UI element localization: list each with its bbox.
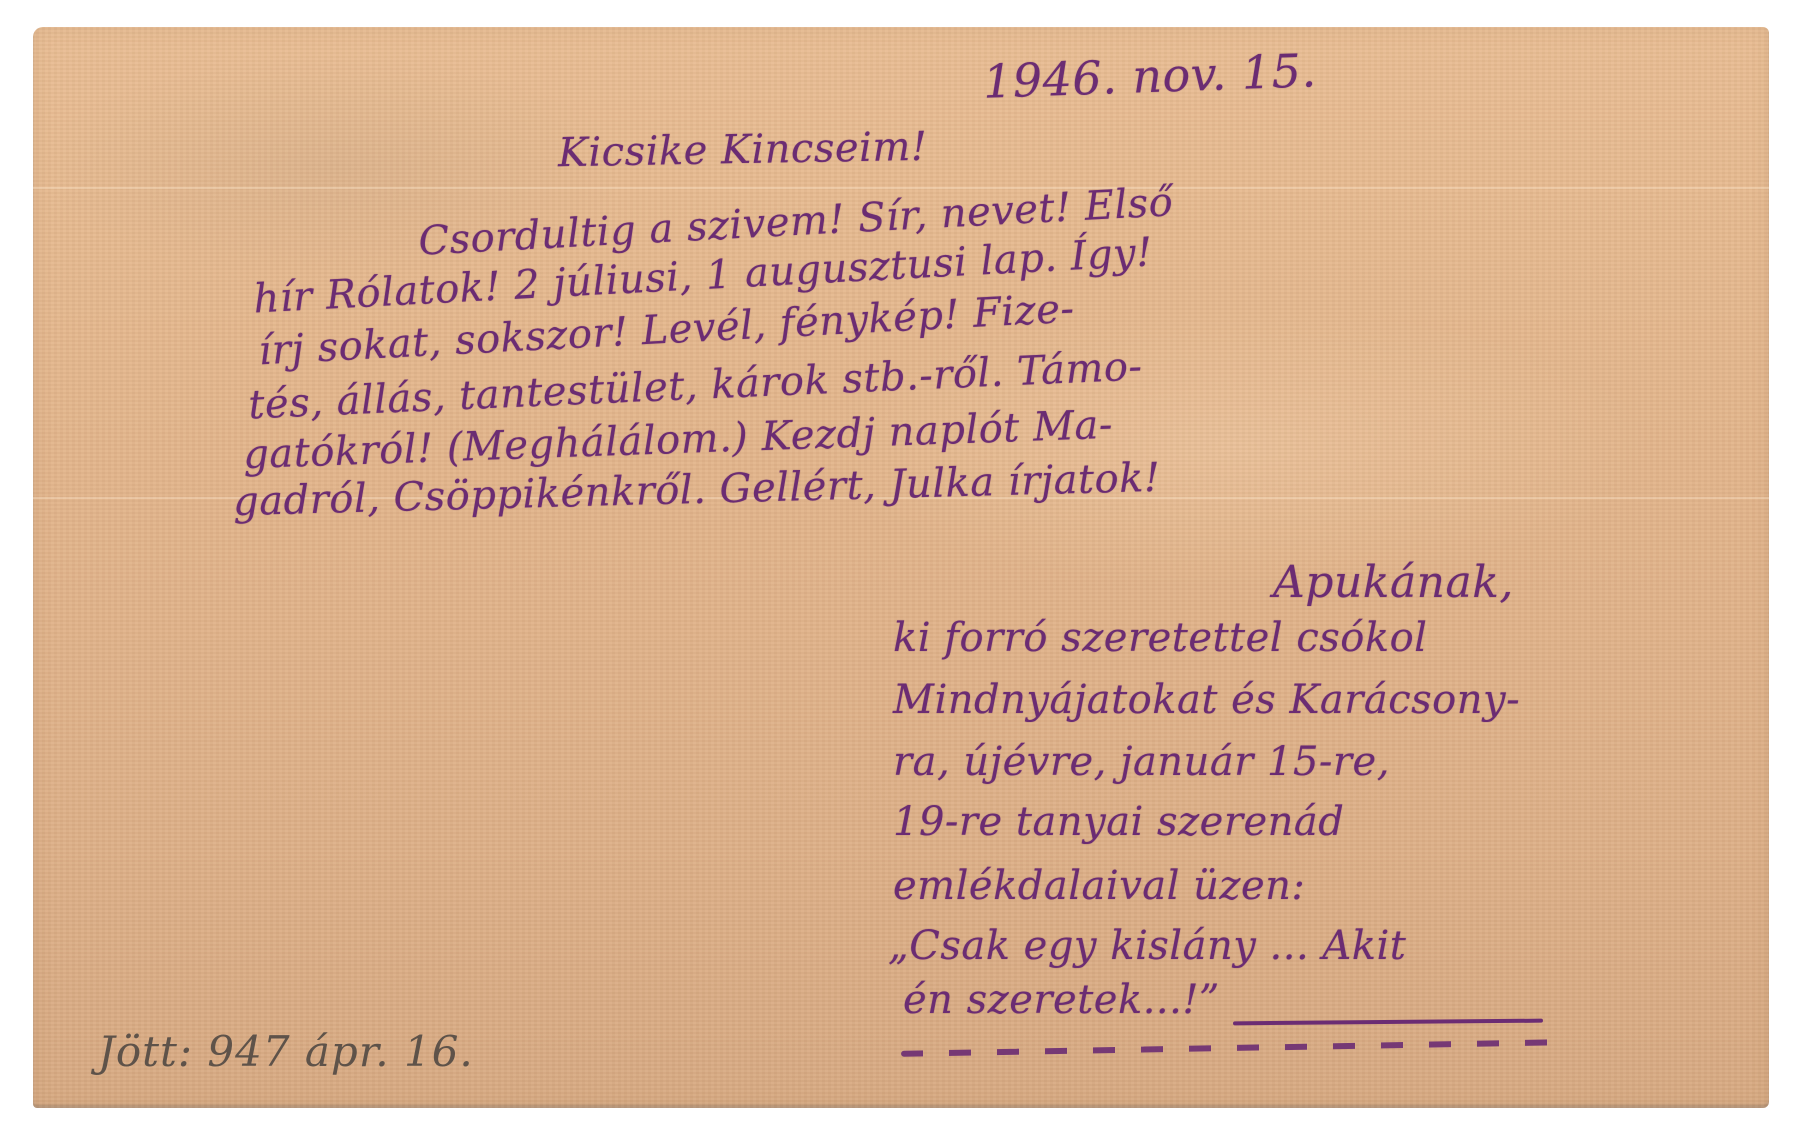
closing-line: 19-re tanyai szerenád <box>893 799 1344 845</box>
letter-date: 1946. nov. 15. <box>982 43 1317 109</box>
closing-line: emlékdalaival üzen: <box>893 863 1305 909</box>
closing-line: ki forró szeretettel csókol <box>893 615 1427 661</box>
ink-underline <box>1233 1019 1543 1026</box>
ink-dashed-line <box>901 1039 1561 1057</box>
signature-addressee: Apukának, <box>1273 557 1514 608</box>
received-date-note: Jött: 947 ápr. 16. <box>98 1027 474 1076</box>
closing-line: ra, újévre, január 15-re, <box>893 739 1390 785</box>
song-quote-line: „Csak egy kislány ... Akit <box>888 923 1406 969</box>
closing-line: Mindnyájatokat és Karácsony- <box>893 677 1520 723</box>
salutation: Kicsike Kincseim! <box>558 124 928 176</box>
postcard: 1946. nov. 15. Kicsike Kincseim! Csordul… <box>33 27 1769 1108</box>
song-quote-line: én szeretek...!” <box>903 977 1220 1023</box>
paper-fold-line <box>33 187 1769 189</box>
